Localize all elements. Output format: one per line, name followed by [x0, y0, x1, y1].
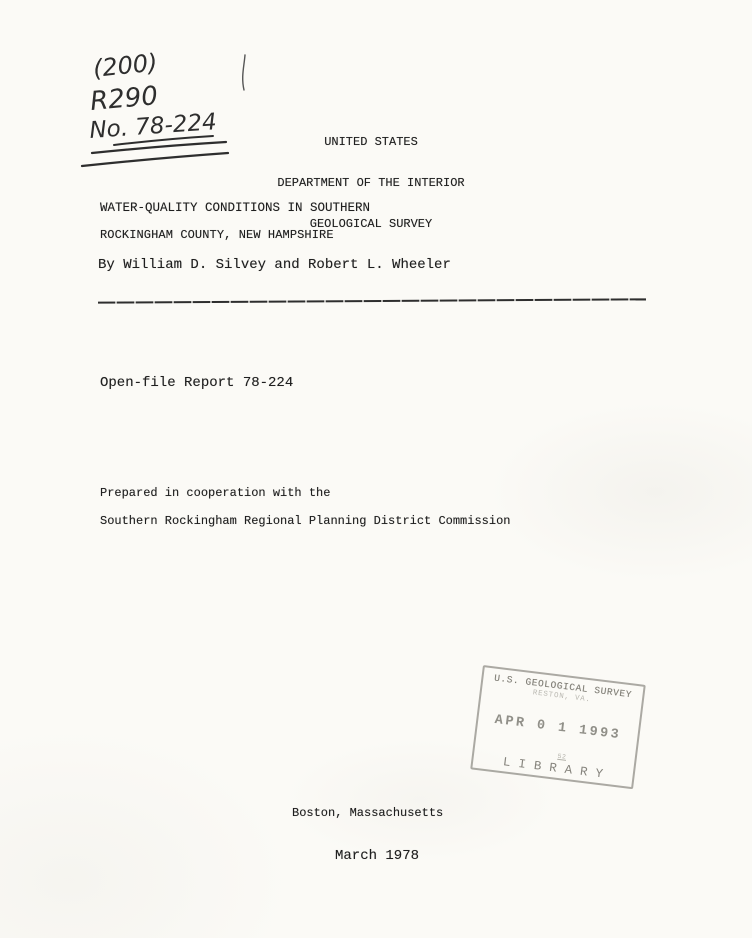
- pen-stroke-mark: [243, 55, 245, 90]
- footer-date: March 1978: [335, 848, 419, 864]
- footer-place: Boston, Massachusetts: [292, 806, 443, 820]
- flourish-stroke-1: [92, 142, 226, 153]
- cooperation-line1: Prepared in cooperation with the: [100, 486, 330, 500]
- flourish-stroke-2: [82, 153, 228, 166]
- report-title-line1: WATER-QUALITY CONDITIONS IN SOUTHERN: [100, 201, 370, 215]
- report-number: Open-file Report 78-224: [100, 375, 293, 391]
- report-title-line2: ROCKINGHAM COUNTY, NEW HAMPSHIRE: [100, 228, 334, 242]
- horizontal-rule: [98, 298, 646, 303]
- cooperation-line2: Southern Rockingham Regional Planning Di…: [100, 514, 510, 528]
- call-number-line2: R290: [89, 81, 159, 117]
- agency-header-line2: DEPARTMENT OF THE INTERIOR: [240, 177, 502, 191]
- agency-header-line1: UNITED STATES: [240, 136, 502, 150]
- document-page: (200) R290 No. 78-224 UNITED STATES DEPA…: [0, 0, 752, 938]
- call-number-line1: (200): [92, 48, 159, 83]
- report-byline: By William D. Silvey and Robert L. Wheel…: [98, 257, 451, 273]
- library-date-stamp: U.S. GEOLOGICAL SURVEY RESTON, VA. APR 0…: [470, 665, 646, 789]
- stamp-library-text: LIBRARY: [473, 752, 634, 785]
- stamp-date-text: APR 0 1 1993: [478, 711, 639, 745]
- stamp-code-text: 52: [557, 753, 567, 761]
